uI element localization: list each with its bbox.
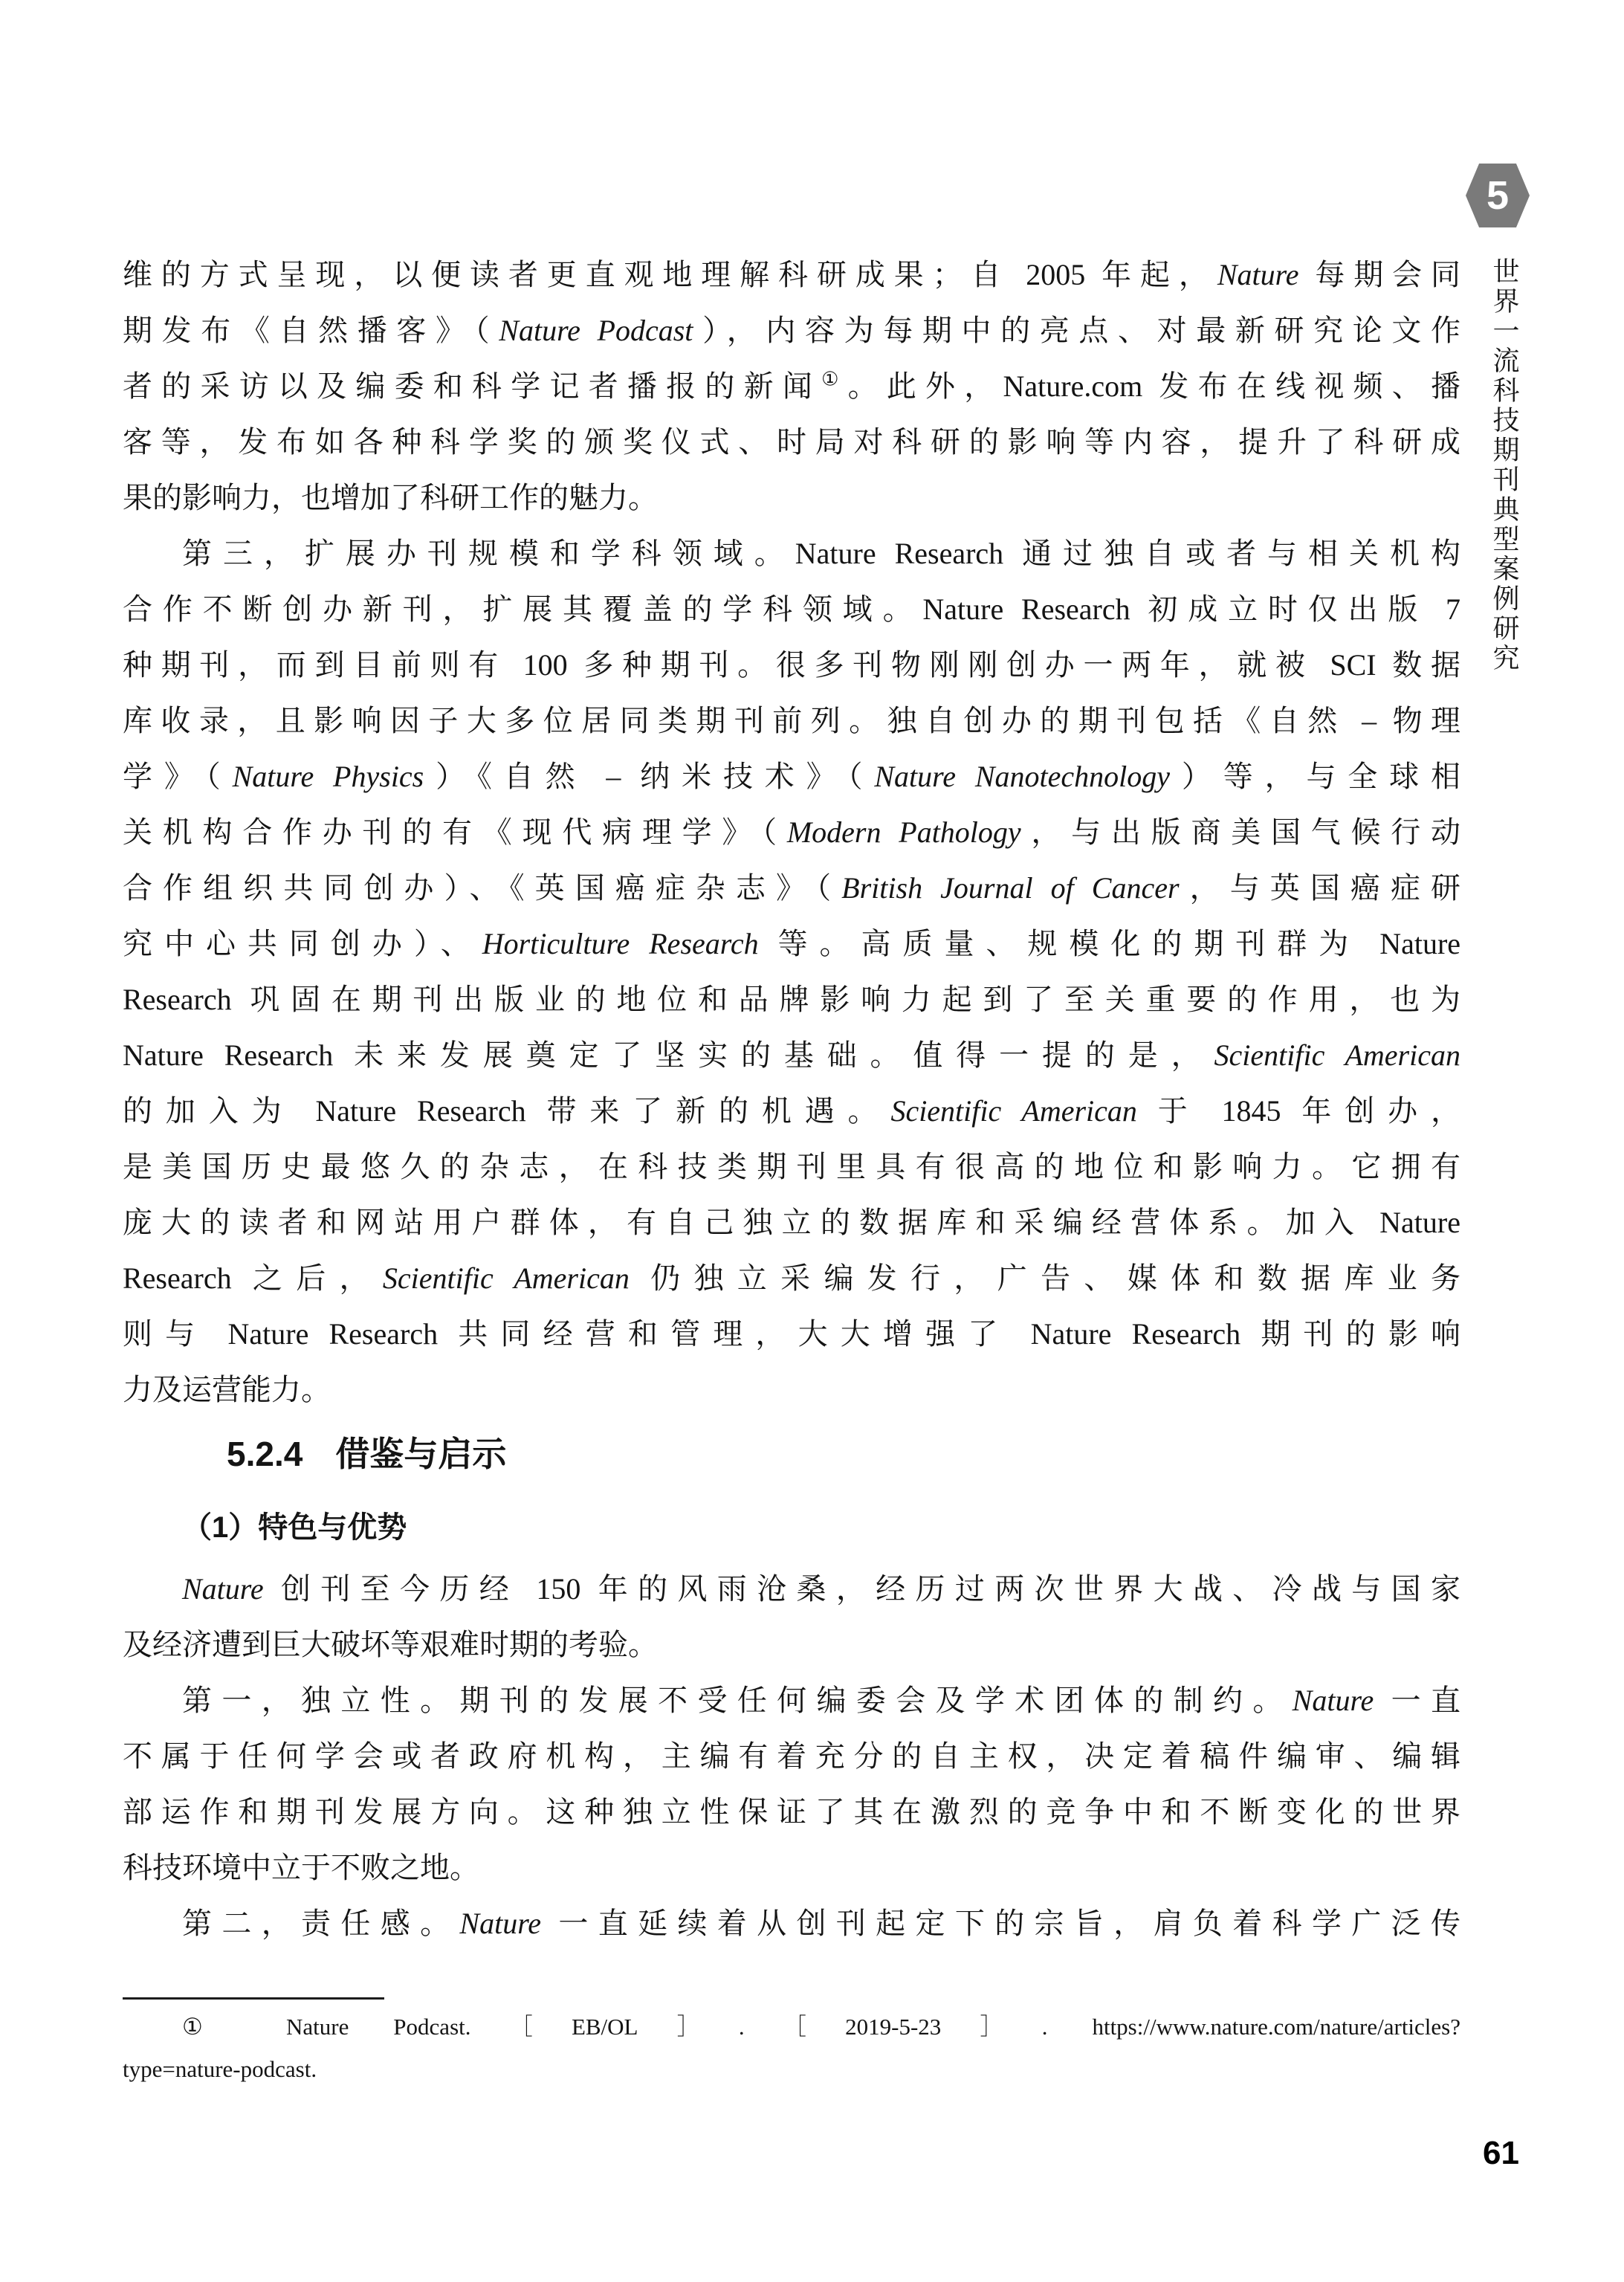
text-line: 科技环境中立于不败之地。 (123, 1840, 1460, 1895)
text-line: 则与 Nature Research 共同经营和管理，大大增强了 Nature … (123, 1306, 1460, 1362)
text-line: type=nature-podcast. (123, 2048, 1460, 2090)
text-line: 庞大的读者和网站用户群体，有自己独立的数据库和采编经营体系。加入 Nature (123, 1195, 1460, 1250)
text-line: Nature Research 未来发展奠定了坚实的基础。值得一提的是，Scie… (123, 1027, 1460, 1083)
text-line: 果的影响力，也增加了科研工作的魅力。 (123, 470, 1460, 526)
text-line: Research 之后，Scientific American 仍独立采编发行，… (123, 1250, 1460, 1306)
text-line: Nature 创刊至今历经 150 年的风雨沧桑，经历过两次世界大战、冷战与国家 (123, 1561, 1460, 1617)
text-line: 客等，发布如各种科学奖的颁奖仪式、时局对科研的影响等内容，提升了科研成 (123, 414, 1460, 470)
chapter-number: 5 (1486, 172, 1509, 219)
footnote-separator (123, 1997, 384, 2000)
text-line: 第三，扩展办刊规模和学科领域。Nature Research 通过独自或者与相关… (123, 526, 1460, 581)
text-line: 维的方式呈现，以便读者更直观地理解科研成果；自 2005 年起，Nature 每… (123, 247, 1460, 303)
section-heading: 5.2.4借鉴与启示 (123, 1431, 1460, 1477)
body-section-1: 维的方式呈现，以便读者更直观地理解科研成果；自 2005 年起，Nature 每… (123, 247, 1460, 1418)
text-line: 种期刊，而到目前则有 100 多种期刊。很多刊物刚刚创办一两年，就被 SCI 数… (123, 637, 1460, 693)
text-line: 不属于任何学会或者政府机构，主编有着充分的自主权，决定着稿件编审、编辑 (123, 1728, 1460, 1784)
text-line: 究中心共同创办）、Horticulture Research 等。高质量、规模化… (123, 916, 1460, 972)
subsection-heading: （1）特色与优势 (123, 1510, 1460, 1545)
text-line: 及经济遭到巨大破坏等艰难时期的考验。 (123, 1617, 1460, 1672)
book-page: 维的方式呈现，以便读者更直观地理解科研成果；自 2005 年起，Nature 每… (0, 0, 1624, 2282)
body-section-2: Nature 创刊至今历经 150 年的风雨沧桑，经历过两次世界大战、冷战与国家… (123, 1561, 1460, 1951)
footnote: ① Nature Podcast.［EB/OL］.［2019-5-23］. ht… (123, 2005, 1460, 2090)
text-line: Research 巩固在期刊出版业的地位和品牌影响力起到了至关重要的作用，也为 (123, 972, 1460, 1027)
text-line: ① Nature Podcast.［EB/OL］.［2019-5-23］. ht… (123, 2005, 1460, 2048)
text-line: 的加入为 Nature Research 带来了新的机遇。Scientific … (123, 1083, 1460, 1139)
text-line: 学》（Nature Physics）《自然 – 纳米技术》（Nature Nan… (123, 749, 1460, 804)
page-number: 61 (1483, 2135, 1519, 2172)
text-line: 合作组织共同创办）、《英国癌症杂志》（British Journal of Ca… (123, 860, 1460, 916)
vertical-chapter-title: 世界一流科技期刊典型案例研究 (1486, 257, 1524, 673)
chapter-badge: 5 (1466, 164, 1530, 227)
body-text: 维的方式呈现，以便读者更直观地理解科研成果；自 2005 年起，Nature 每… (123, 247, 1460, 2090)
text-line: 第一，独立性。期刊的发展不受任何编委会及学术团体的制约。Nature 一直 (123, 1672, 1460, 1728)
text-line: 力及运营能力。 (123, 1362, 1460, 1418)
heading-title: 借鉴与启示 (335, 1435, 506, 1473)
text-line: 部运作和期刊发展方向。这种独立性保证了其在激烈的竞争中和不断变化的世界 (123, 1784, 1460, 1840)
text-line: 者的采访以及编委和科学记者播报的新闻①。此外，Nature.com 发布在线视频… (123, 358, 1460, 414)
text-line: 是美国历史最悠久的杂志，在科技类期刊里具有很高的地位和影响力。它拥有 (123, 1139, 1460, 1195)
text-line: 第二，责任感。Nature 一直延续着从创刊起定下的宗旨，肩负着科学广泛传 (123, 1895, 1460, 1951)
text-line: 期发布《自然播客》（Nature Podcast），内容为每期中的亮点、对最新研… (123, 303, 1460, 358)
text-line: 关机构合作办刊的有《现代病理学》（Modern Pathology，与出版商美国… (123, 804, 1460, 860)
text-line: 合作不断创办新刊，扩展其覆盖的学科领域。Nature Research 初成立时… (123, 581, 1460, 637)
heading-number: 5.2.4 (227, 1435, 303, 1473)
text-line: 库收录，且影响因子大多位居同类期刊前列。独自创办的期刊包括《自然 – 物理 (123, 693, 1460, 749)
